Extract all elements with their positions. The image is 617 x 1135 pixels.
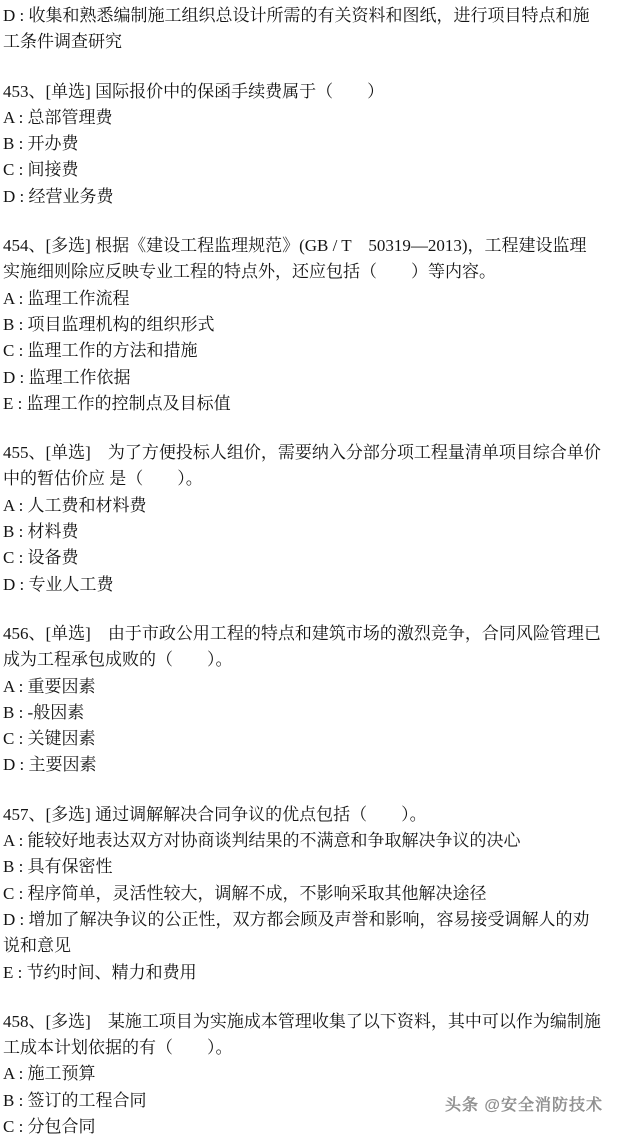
question-block: 456、[单选] 由于市政公用工程的特点和建筑市场的激烈竞争，合同风险管理已成为…	[3, 621, 615, 779]
question-block: 453、[单选] 国际报价中的保函手续费属于（ ）A : 总部管理费B : 开办…	[3, 79, 615, 210]
option-line: C : 设备费	[3, 545, 615, 571]
question-stem-line: 456、[单选] 由于市政公用工程的特点和建筑市场的激烈竞争，合同风险管理已	[3, 621, 615, 647]
option-line: B : 具有保密性	[3, 854, 615, 880]
option-line: A : 人工费和材料费	[3, 493, 615, 519]
option-line: A : 监理工作流程	[3, 286, 615, 312]
watermark: 头条 @安全消防技术	[445, 1092, 603, 1115]
question-block: 454、[多选] 根据《建设工程监理规范》(GB / T 50319—2013)…	[3, 233, 615, 417]
option-line: D : 监理工作依据	[3, 365, 615, 391]
option-line: E : 监理工作的控制点及目标值	[3, 391, 615, 417]
question-stem-line: 453、[单选] 国际报价中的保函手续费属于（ ）	[3, 79, 615, 105]
option-line: B : 开办费	[3, 131, 615, 157]
option-line: B : 项目监理机构的组织形式	[3, 312, 615, 338]
option-line: B : 材料费	[3, 519, 615, 545]
question-stem-line: 成为工程承包成败的（ ）。	[3, 647, 615, 673]
document-content: D : 收集和熟悉编制施工组织总设计所需的有关资料和图纸，进行项目特点和施工条件…	[0, 0, 617, 1135]
option-line: D : 增加了解决争议的公正性，双方都会顾及声誉和影响，容易接受调解人的劝	[3, 907, 615, 933]
option-line: A : 总部管理费	[3, 105, 615, 131]
option-line: 说和意见	[3, 933, 615, 959]
question-stem-line: 实施细则除应反映专业工程的特点外，还应包括（ ）等内容。	[3, 259, 615, 285]
continuation-block: D : 收集和熟悉编制施工组织总设计所需的有关资料和图纸，进行项目特点和施工条件…	[3, 3, 615, 56]
question-stem-line: 457、[多选] 通过调解解决合同争议的优点包括（ ）。	[3, 802, 615, 828]
option-line: C : 关键因素	[3, 726, 615, 752]
question-stem-line: 455、[单选] 为了方便投标人组价，需要纳入分部分项工程量清单项目综合单价	[3, 440, 615, 466]
continuation-line: D : 收集和熟悉编制施工组织总设计所需的有关资料和图纸，进行项目特点和施	[3, 3, 615, 29]
option-line: C : 监理工作的方法和措施	[3, 338, 615, 364]
option-line: A : 重要因素	[3, 674, 615, 700]
question-block: 457、[多选] 通过调解解决合同争议的优点包括（ ）。A : 能较好地表达双方…	[3, 802, 615, 986]
option-line: E : 节约时间、精力和费用	[3, 960, 615, 986]
question-stem-line: 458、[多选] 某施工项目为实施成本管理收集了以下资料，其中可以作为编制施	[3, 1009, 615, 1035]
option-line: C : 程序简单，灵活性较大，调解不成，不影响采取其他解决途径	[3, 881, 615, 907]
option-line: C : 间接费	[3, 157, 615, 183]
question-stem-line: 中的暂估价应 是（ ）。	[3, 466, 615, 492]
option-line: D : 专业人工费	[3, 572, 615, 598]
option-line: D : 主要因素	[3, 752, 615, 778]
continuation-line: 工条件调查研究	[3, 29, 615, 55]
exam-question-page: { "page": { "background": "#ffffff", "te…	[0, 0, 617, 1135]
option-line: A : 施工预算	[3, 1061, 615, 1087]
option-line: B : -般因素	[3, 700, 615, 726]
option-line: A : 能较好地表达双方对协商谈判结果的不满意和争取解决争议的决心	[3, 828, 615, 854]
option-line: C : 分包合同	[3, 1114, 615, 1135]
option-line: D : 经营业务费	[3, 184, 615, 210]
question-stem-line: 454、[多选] 根据《建设工程监理规范》(GB / T 50319—2013)…	[3, 233, 615, 259]
question-block: 455、[单选] 为了方便投标人组价，需要纳入分部分项工程量清单项目综合单价中的…	[3, 440, 615, 598]
question-stem-line: 工成本计划依据的有（ ）。	[3, 1035, 615, 1061]
question-block: 458、[多选] 某施工项目为实施成本管理收集了以下资料，其中可以作为编制施工成…	[3, 1009, 615, 1135]
